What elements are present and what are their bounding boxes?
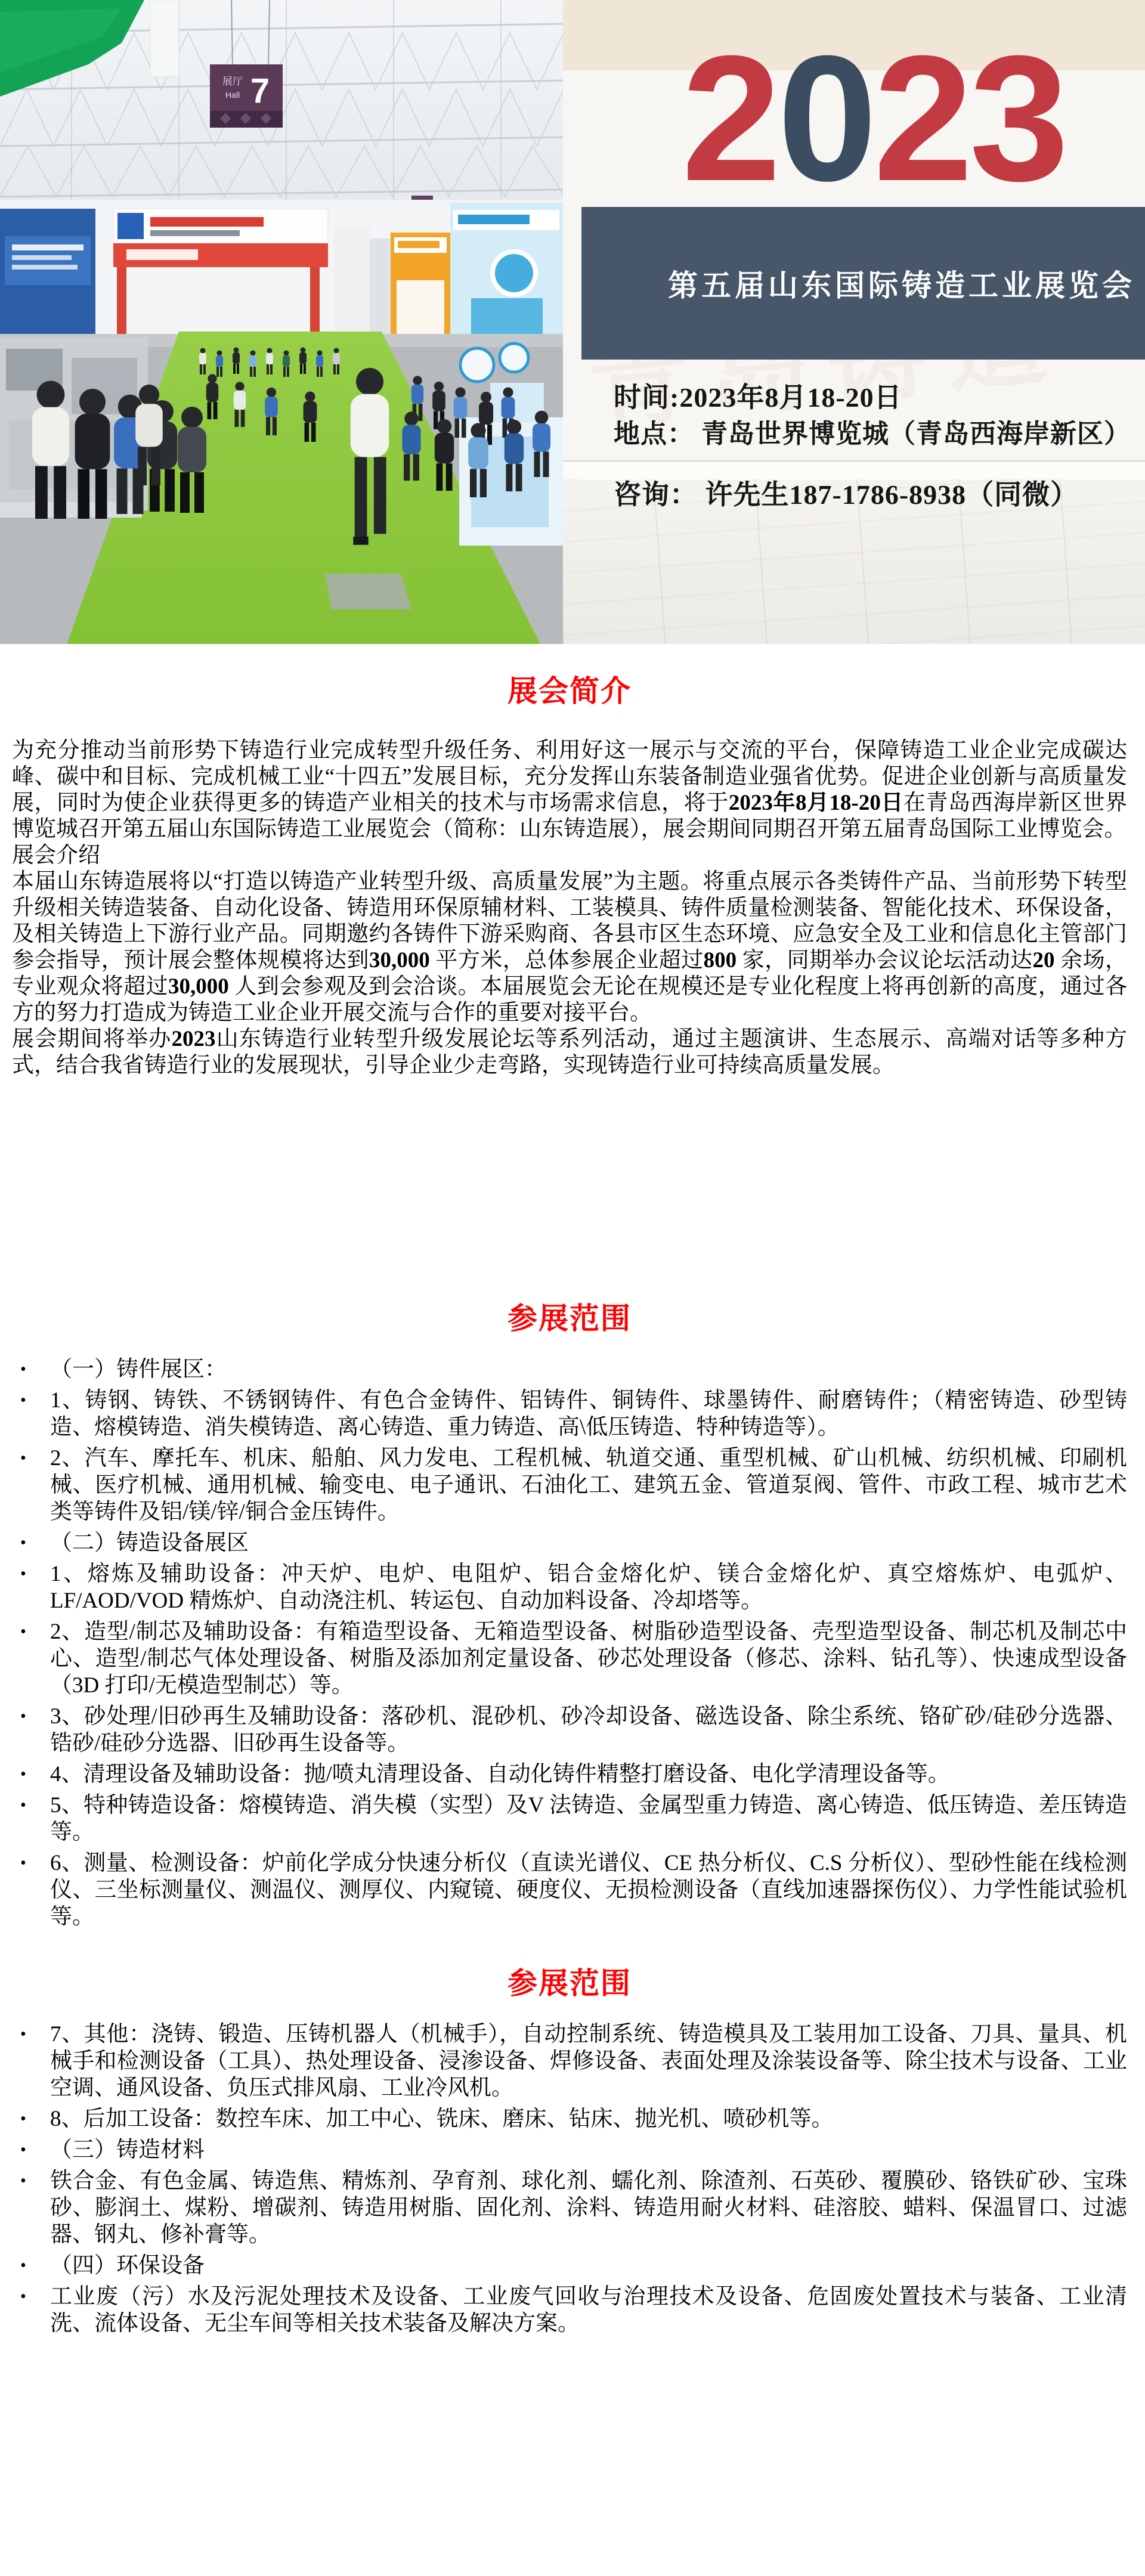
scope-item: 5、特种铸造设备：熔模铸造、消失模（实型）及V 法铸造、金属型重力铸造、离心铸造… [12, 1792, 1127, 1846]
paragraph: 本届山东铸造展将以“打造以铸造产业转型升级、高质量发展”为主题。将重点展示各类铸… [12, 869, 1127, 1026]
exhibition-photo-art: 7 展厅 Hall 7 [0, 0, 563, 644]
paragraph: 展会期间将举办2023山东铸造行业转型升级发展论坛等系列活动，通过主题演讲、生态… [12, 1026, 1127, 1079]
scope-item: 3、砂处理/旧砂再生及辅助设备：落砂机、混砂机、砂冷却设备、磁选设备、除尘系统、… [12, 1703, 1127, 1757]
year-digit: 0 [778, 29, 874, 208]
booth-left-blue [0, 209, 95, 346]
info-location: 地点： 青岛世界博览城（青岛西海岸新区） [614, 412, 1131, 450]
paragraph: 为充分推动当前形势下铸造行业完成转型升级任务、利用好这一展示与交流的平台，保障铸… [12, 738, 1127, 843]
year-digit: 2 [874, 29, 970, 208]
booth-orange [391, 233, 450, 343]
scope-item: （二）铸造设备展区 [12, 1529, 1127, 1556]
content: 展会简介为充分推动当前形势下铸造行业完成转型升级任务、利用好这一展示与交流的平台… [0, 644, 1145, 2337]
scope-item: 1、铸钢、铸铁、不锈钢铸件、有色合金铸件、铝铸件、铜铸件、球墨铸件、耐磨铸件；（… [12, 1387, 1127, 1441]
year: 2023 [682, 29, 1065, 208]
section-title-scope1: 参展范围 [12, 1303, 1127, 1334]
floor-access-panel [325, 574, 411, 609]
page: 7 展厅 Hall 7 [0, 0, 1145, 2576]
scope-item: （四）环保设备 [12, 2252, 1127, 2279]
hall-sign-number: 7 [250, 72, 270, 110]
section-title-intro: 展会简介 [12, 676, 1127, 707]
scope-item: 1、熔炼及辅助设备：冲天炉、电炉、电阻炉、铝合金熔化炉、镁合金熔化炉、真空熔炼炉… [12, 1561, 1127, 1614]
scope-item: 6、测量、检测设备：炉前化学成分快速分析仪（直读光谱仪、CE 热分析仪、C.S … [12, 1850, 1127, 1930]
year-digit: 3 [970, 29, 1066, 208]
scope-item: 2、造型/制芯及辅助设备：有箱造型设备、无箱造型设备、树脂砂造型设备、壳型造型设… [12, 1618, 1127, 1699]
booth-middle [334, 227, 394, 340]
section-title-scope2: 参展范围 [12, 1968, 1127, 1999]
header: 7 展厅 Hall 7 [0, 0, 1145, 644]
booth-right-blue [450, 203, 563, 346]
exhibition-photo: 7 展厅 Hall 7 [0, 0, 563, 644]
scope-item: （三）铸造材料 [12, 2137, 1127, 2163]
intro-paragraphs: 为充分推动当前形势下铸造行业完成转型升级任务、利用好这一展示与交流的平台，保障铸… [12, 738, 1127, 1079]
scope-item: （一）铸件展区： [12, 1356, 1127, 1383]
title-banner: 第五届山东国际铸造工业展览会 [581, 207, 1145, 360]
scope-item: 4、清理设备及辅助设备：抛/喷丸清理设备、自动化铸件精整打磨设备、电化学清理设备… [12, 1761, 1127, 1788]
info-contact: 咨询： 许先生187-1786-8938（同微） [614, 473, 1078, 512]
exhibition-title: 第五届山东国际铸造工业展览会 [668, 262, 1145, 305]
hall-sign-cn: 展厅 [222, 76, 243, 87]
info-time: 时间:2023年8月18-20日 [614, 376, 902, 415]
scope-item: 2、汽车、摩托车、机床、船舶、风力发电、工程机械、轨道交通、重型机械、矿山机械、… [12, 1445, 1127, 1525]
paragraph: 展会介绍 [12, 843, 1127, 869]
hall-sign-en: Hall [225, 90, 240, 100]
scope-item: 7、其他：浇铸、锻造、压铸机器人（机械手），自动控制系统、铸造模具及工装用加工设… [12, 2021, 1127, 2101]
year-digit: 2 [682, 29, 778, 208]
white-banner [150, 0, 179, 76]
scope-item: 工业废（污）水及污泥处理技术及设备、工业废气回收与治理技术及设备、危固废处置技术… [12, 2283, 1127, 2337]
scope-item: 8、后加工设备：数控车床、加工中心、铣床、磨床、钻床、抛光机、喷砂机等。 [12, 2106, 1127, 2132]
header-info-panel: 青岛铸造 2023 第五届山东国际铸造工业展览会 时间:2023年8月18-20… [563, 0, 1145, 644]
scope-item: 铁合金、有色金属、铸造焦、精炼剂、孕育剂、球化剂、蠕化剂、除渣剂、石英砂、覆膜砂… [12, 2168, 1127, 2248]
